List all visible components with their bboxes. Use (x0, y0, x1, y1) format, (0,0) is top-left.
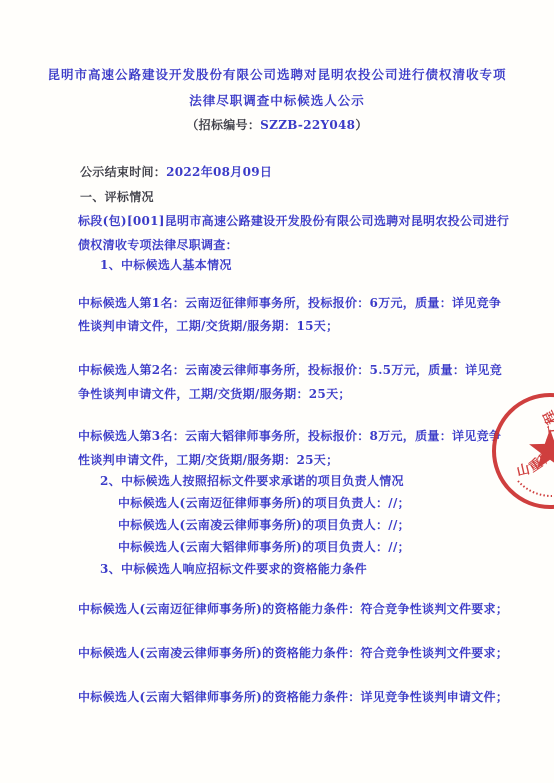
candidate2-line2: 争性谈判申请文件，工期/交货期/服务期：25天； (78, 386, 351, 403)
tender-number-value: SZZB-22Y048 (260, 118, 355, 132)
qualification-line-3: 中标候选人(云南大韬律师事务所)的资格能力条件：详见竞争性谈判申请文件； (78, 689, 508, 706)
tender-number-line: （招标编号：SZZB-22Y048） (0, 117, 554, 134)
leader-line-3: 中标候选人(云南大韬律师事务所)的项目负责人：//； (118, 539, 410, 556)
qualification-line-2: 中标候选人(云南凌云律师事务所)的资格能力条件：符合竞争性谈判文件要求； (78, 645, 508, 662)
tender-number-label: （招标编号： (186, 118, 260, 132)
company-seal-stamp: 山重建设工程 (474, 384, 554, 524)
lot-line-1: 标段(包)[001]昆明市高速公路建设开发股份有限公司选聘对昆明农投公司进行 (78, 213, 509, 230)
announcement-page: 昆明市高速公路建设开发股份有限公司选聘对昆明农投公司进行债权清收专项 法律尽职调… (0, 0, 554, 783)
section1-heading: 一、评标情况 (80, 189, 154, 206)
end-time-value: 2022年08月09日 (166, 165, 272, 179)
end-time-label: 公示结束时间： (80, 165, 166, 179)
subsection3-heading: 3、中标候选人响应招标文件要求的资格能力条件 (100, 561, 367, 578)
leader-line-1: 中标候选人(云南迈征律师事务所)的项目负责人：//； (118, 495, 410, 512)
seal-serial-marks (518, 481, 552, 496)
lot-line-2: 债权清收专项法律尽职调查： (78, 237, 238, 254)
subsection2-heading: 2、中标候选人按照招标文件要求承诺的项目负责人情况 (100, 473, 404, 490)
qualification-line-1: 中标候选人(云南迈征律师事务所)的资格能力条件：符合竞争性谈判文件要求； (78, 601, 508, 618)
page-title-line-1: 昆明市高速公路建设开发股份有限公司选聘对昆明农投公司进行债权清收专项 (0, 66, 554, 83)
subsection1-heading: 1、中标候选人基本情况 (100, 257, 232, 274)
candidate1-line2: 性谈判申请文件，工期/交货期/服务期：15天； (78, 318, 338, 335)
candidate1-line1: 中标候选人第1名：云南迈征律师事务所，投标报价：6万元，质量：详见竞争 (78, 295, 501, 312)
page-title-line-2: 法律尽职调查中标候选人公示 (0, 92, 554, 109)
tender-number-close-paren: ） (355, 118, 367, 132)
candidate3-line1: 中标候选人第3名：云南大韬律师事务所，投标报价：8万元，质量：详见竞争 (78, 428, 501, 445)
end-time-line: 公示结束时间：2022年08月09日 (80, 164, 272, 181)
seal-arc-text: 山重建设工程 (515, 406, 554, 479)
leader-line-2: 中标候选人(云南凌云律师事务所)的项目负责人：//； (118, 517, 410, 534)
seal-arc-text-container: 山重建设工程 (515, 406, 554, 479)
candidate2-line1: 中标候选人第2名：云南凌云律师事务所，投标报价：5.5万元，质量：详见竞 (78, 362, 502, 379)
candidate3-line2: 性谈判申请文件，工期/交货期/服务期：25天； (78, 452, 338, 469)
